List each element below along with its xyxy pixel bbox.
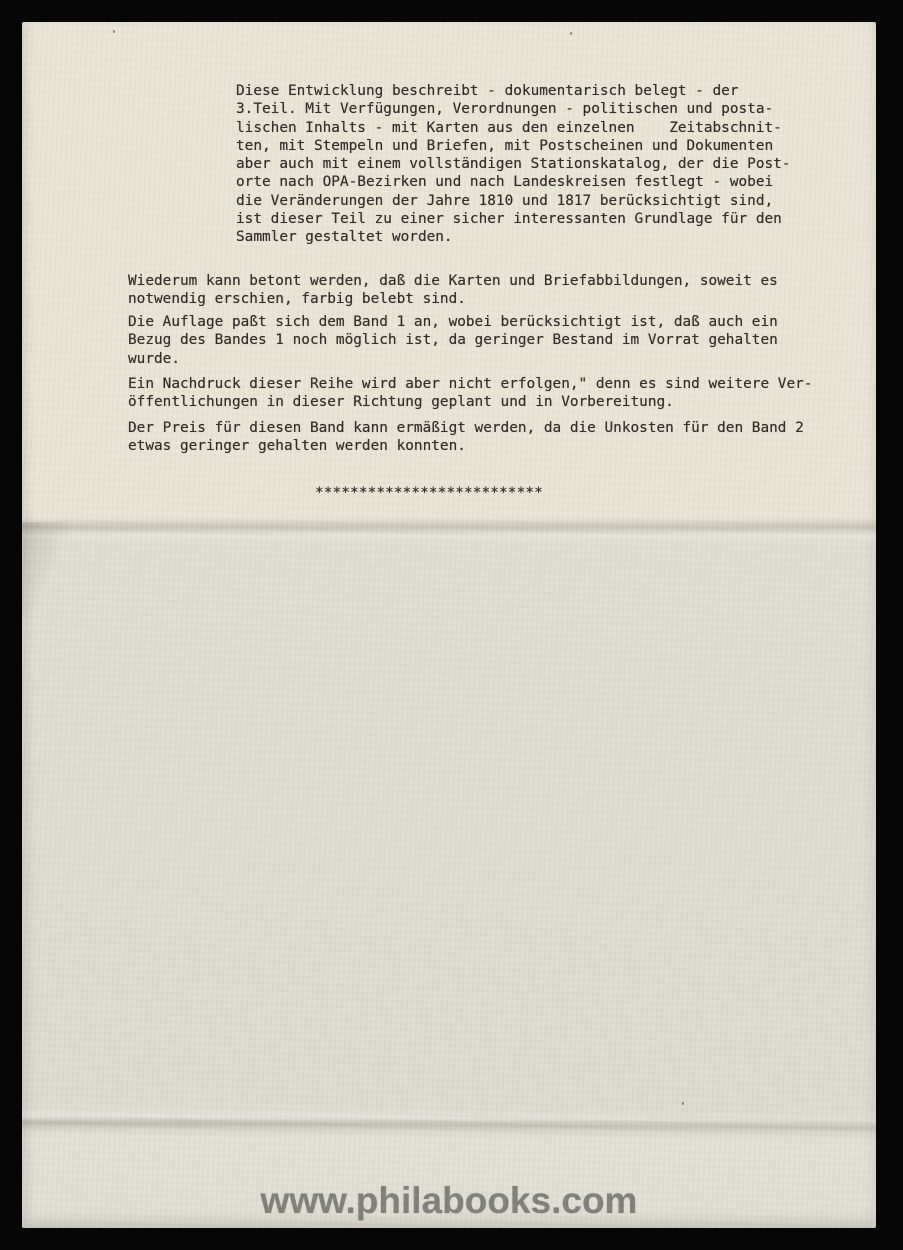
fold-crease-upper <box>22 516 876 542</box>
letter-paper: Diese Entwicklung beschreibt - dokumenta… <box>22 22 876 1228</box>
paper-speck <box>570 32 573 36</box>
paper-speck <box>682 1102 684 1105</box>
intro-paragraph: Diese Entwicklung beschreibt - dokumenta… <box>236 82 791 247</box>
fold-shadow-left <box>22 522 70 617</box>
paper-speck <box>113 30 115 33</box>
body-paragraph-3: Ein Nachdruck dieser Reihe wird aber nic… <box>128 375 812 412</box>
scanned-document-page: Diese Entwicklung beschreibt - dokumenta… <box>0 0 903 1250</box>
body-paragraph-1: Wiederum kann betont werden, daß die Kar… <box>128 272 778 309</box>
body-paragraph-2: Die Auflage paßt sich dem Band 1 an, wob… <box>128 313 778 368</box>
asterisk-separator: ************************** <box>315 484 543 502</box>
philabooks-watermark: www.philabooks.com <box>22 1180 876 1222</box>
fold-crease-lower <box>22 1107 876 1140</box>
body-paragraph-4: Der Preis für diesen Band kann ermäßigt … <box>128 419 804 456</box>
